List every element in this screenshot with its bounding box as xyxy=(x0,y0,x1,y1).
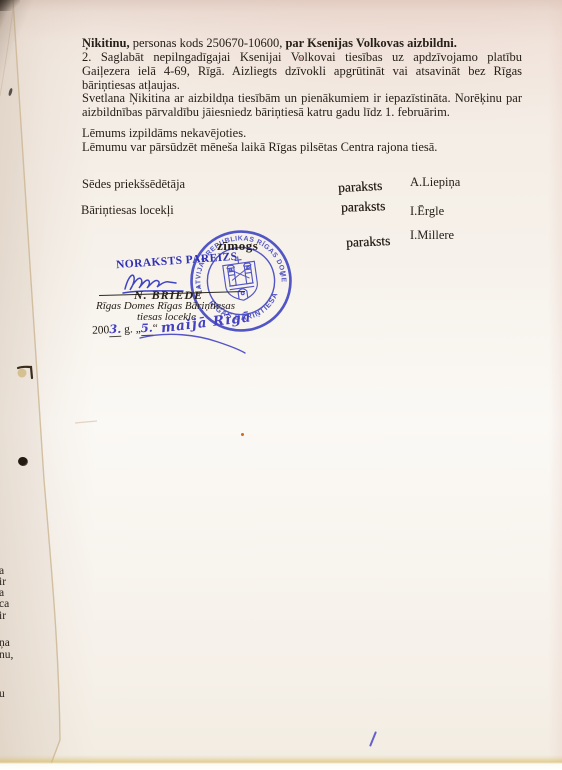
ink-hook-mark xyxy=(16,363,40,383)
edge-text-fragment: ir xyxy=(0,611,6,622)
scan-bottom-edge xyxy=(0,755,562,770)
edge-text-fragment: nu, xyxy=(0,650,13,661)
paragraph-decision-line2: Lēmumu var pārsūdzēt mēneša laikā Rīgas … xyxy=(82,140,522,154)
paper-corner-shadow xyxy=(0,0,50,130)
signature-role-chairwoman: Sēdes priekšsēdētāja xyxy=(82,177,185,191)
paper-corner-notch xyxy=(0,0,20,11)
paragraph-notification: Svetlana Ņikitina ar aizbildņa tiesībām … xyxy=(82,91,522,119)
paper-speck xyxy=(299,57,302,60)
edge-text-fragment: ņa xyxy=(0,638,10,649)
seal-label: zīmogs xyxy=(217,238,258,254)
blue-pen-tick-mark xyxy=(369,731,377,747)
handwriting-flourish xyxy=(138,328,250,356)
date-printed-prefix: 200 xyxy=(92,324,110,337)
ink-blot-mark xyxy=(17,456,29,467)
date-handwritten-year: 3. xyxy=(109,322,122,337)
signature-name-3: I.Millere xyxy=(410,228,454,242)
signature-word-2: paraksts xyxy=(341,199,386,215)
signature-name-1: A.Liepiņa xyxy=(410,175,460,189)
signature-word-3: paraksts xyxy=(346,234,391,250)
bold-name-text: Ņikitinu, xyxy=(82,36,130,50)
paragraph-heading-line: Ņikitinu, personas kods 250670-10600, pa… xyxy=(82,36,522,50)
signature-word-1: paraksts xyxy=(338,179,383,195)
bold-guardian-text: par Ksenijas Volkovas aizbildni. xyxy=(285,36,456,50)
paragraph-item2: 2. Saglabāt nepilngadīgajai Ksenijai Vol… xyxy=(82,50,522,92)
edge-text-fragment: u xyxy=(0,689,5,700)
signature-role-members: Bāriņtiesas locekļi xyxy=(81,203,174,217)
plain-kods-text: personas kods 250670-10600, xyxy=(130,36,286,50)
scanned-document-page: Ņikitinu, personas kods 250670-10600, pa… xyxy=(0,0,562,770)
paper-speck xyxy=(241,433,244,436)
paragraph-decision-line1: Lēmums izpildāms nekavējoties. xyxy=(82,126,522,140)
edge-text-fragment: ca xyxy=(0,599,9,610)
signature-name-2: I.Ērgle xyxy=(410,204,444,218)
